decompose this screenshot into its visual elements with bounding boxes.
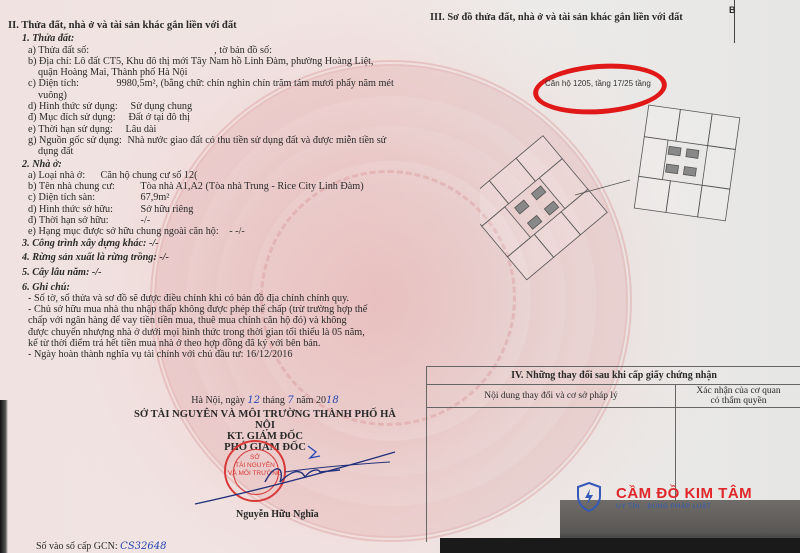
floor-area-row: c) Diện tích sàn: 67,9m² xyxy=(28,192,408,203)
area-row: c) Diện tích: 9980,5m², (bằng chữ: chín … xyxy=(28,78,408,89)
parcel-row: a) Thửa đất số: , tờ bản đồ số: xyxy=(28,45,408,56)
house-type-label: a) Loại nhà ở: xyxy=(28,170,98,181)
house-type-row: a) Loại nhà ở: Căn hộ chung cư số 12( xyxy=(28,170,408,181)
registry-number: Số vào sổ cấp GCN: CS32648 xyxy=(36,541,167,552)
common-value: - -/- xyxy=(229,226,245,237)
common-label: e) Hạng mục được sở hữu chung ngoài căn … xyxy=(28,226,219,237)
col-confirmation-line1: Xác nhận của cơ quan xyxy=(676,386,800,396)
own-term-label: đ) Thời hạn sở hữu: xyxy=(28,215,138,226)
ownership-value: Sở hữu riêng xyxy=(141,204,194,215)
use-form-row: d) Hình thức sử dụng: Sử dụng chung xyxy=(28,101,408,112)
forest: 4. Rừng sản xuất là rừng trồng: -/- xyxy=(22,252,408,263)
term-row: e) Thời hạn sử dụng: Lâu dài xyxy=(28,124,408,135)
north-label: B xyxy=(729,5,736,15)
date-month: 7 xyxy=(287,395,293,406)
land-heading: 1. Thửa đất: xyxy=(22,33,408,44)
other-construction: 3. Công trình xây dựng khác: -/- xyxy=(22,238,408,249)
month-prefix: tháng xyxy=(263,395,285,406)
address-label: b) Địa chỉ: xyxy=(28,56,72,67)
building-row: b) Tên nhà chung cư: Tòa nhà A1,A2 (Tòa … xyxy=(28,181,408,192)
address-value: Lô đất CT5, Khu đô thị mới Tây Nam hồ Li… xyxy=(74,56,373,67)
note-item: - Chủ sở hữu mua nhà thu nhập thấp không… xyxy=(28,304,368,349)
own-term-value: -/- xyxy=(141,215,151,226)
area-cont: vuông) xyxy=(38,90,408,101)
own-term-row: đ) Thời hạn sở hữu: -/- xyxy=(28,215,408,226)
issue-date: Hà Nội, ngày 12 tháng 7 năm 2018 xyxy=(130,395,400,406)
map-label: , tờ bản đồ số: xyxy=(214,45,272,56)
watermark-logo: CẦM ĐỒ KIM TÂM UY TÍN - ĐÚNG PHÁP LUẬT xyxy=(576,482,752,512)
term-label: e) Thời hạn sử dụng: xyxy=(28,124,123,135)
house-type-value: Căn hộ chung cư số 12( xyxy=(101,170,198,181)
unit-label: Căn hộ 1205, tầng 17/25 tầng xyxy=(545,79,651,88)
shield-bolt-icon xyxy=(576,482,602,512)
kt-director: KT. GIÁM ĐỐC xyxy=(130,431,400,442)
note-item: - Ngày hoàn thành nghĩa vụ tài chính với… xyxy=(28,349,368,360)
section-4-title: IV. Những thay đổi sau khi cấp giấy chứn… xyxy=(427,367,800,385)
use-form-value: Sử dụng chung xyxy=(131,101,193,112)
signer-name: Nguyễn Hữu Nghĩa xyxy=(236,509,319,520)
area-value: 9980,5m², (bằng chữ: chín nghìn chín tră… xyxy=(117,78,394,89)
purpose-value: Đất ở tại đô thị xyxy=(129,112,190,123)
purpose-label: đ) Mục đích sử dụng: xyxy=(28,112,126,123)
photo-bottom-edge xyxy=(440,538,800,553)
origin-row: g) Nguồn gốc sử dụng: Nhà nước giao đất … xyxy=(28,135,408,146)
use-form-label: d) Hình thức sử dụng: xyxy=(28,101,128,112)
registry-value: CS32648 xyxy=(120,541,166,552)
date-year: 18 xyxy=(326,395,339,406)
note-item: - Số tờ, số thửa và sơ đồ sẽ được điều c… xyxy=(28,293,368,304)
origin-cont: dụng đất xyxy=(38,146,408,157)
section-2: II. Thửa đất, nhà ở và tài sản khác gắn … xyxy=(8,20,408,361)
address-cont: quận Hoàng Mai, Thành phố Hà Nội xyxy=(38,67,408,78)
registry-label: Số vào sổ cấp GCN: xyxy=(36,541,118,552)
common-row: e) Hạng mục được sở hữu chung ngoài căn … xyxy=(28,226,408,237)
area-label: c) Diện tích: xyxy=(28,78,114,89)
floor-area-label: c) Diện tích sàn: xyxy=(28,192,138,203)
notes-heading: 6. Ghi chú: xyxy=(22,282,408,293)
watermark-brand: CẦM ĐỒ KIM TÂM xyxy=(616,485,752,502)
floor-plan-diagram xyxy=(480,100,800,300)
section-2-title: II. Thửa đất, nhà ở và tài sản khác gắn … xyxy=(8,20,408,31)
floor-area-value: 67,9m² xyxy=(141,192,170,203)
perennial: 5. Cây lâu năm: -/- xyxy=(22,267,408,278)
building-value: Tòa nhà A1,A2 (Tòa nhà Trung - Rice City… xyxy=(140,181,363,192)
handwritten-signature xyxy=(190,442,400,512)
certificate-page: II. Thửa đất, nhà ở và tài sản khác gắn … xyxy=(0,0,800,553)
address-row: b) Địa chỉ: Lô đất CT5, Khu đô thị mới T… xyxy=(28,56,408,67)
term-value: Lâu dài xyxy=(126,124,157,135)
origin-value: Nhà nước giao đất có thu tiền sử dụng đấ… xyxy=(128,135,387,146)
north-arrow: B xyxy=(728,0,748,45)
purpose-row: đ) Mục đích sử dụng: Đất ở tại đô thị xyxy=(28,112,408,123)
photo-left-edge xyxy=(0,400,8,553)
col-confirmation-line2: có thẩm quyền xyxy=(676,396,800,406)
ownership-label: d) Hình thức sở hữu: xyxy=(28,204,138,215)
building-label: b) Tên nhà chung cư: xyxy=(28,181,138,192)
parcel-label: a) Thửa đất số: xyxy=(28,45,89,56)
watermark-slogan: UY TÍN - ĐÚNG PHÁP LUẬT xyxy=(616,503,752,510)
date-prefix: Hà Nội, ngày xyxy=(191,395,245,406)
house-heading: 2. Nhà ở: xyxy=(22,159,408,170)
date-day: 12 xyxy=(247,395,260,406)
changes-table-header: Nội dung thay đổi và cơ sở pháp lý Xác n… xyxy=(427,385,800,408)
year-prefix: năm 20 xyxy=(296,395,326,406)
col-confirmation: Xác nhận của cơ quan có thẩm quyền xyxy=(676,385,800,407)
issuing-org: SỞ TÀI NGUYÊN VÀ MÔI TRƯỜNG THÀNH PHỐ HÀ… xyxy=(130,409,400,431)
ownership-row: d) Hình thức sở hữu: Sở hữu riêng xyxy=(28,204,408,215)
col-change-content: Nội dung thay đổi và cơ sở pháp lý xyxy=(427,385,676,407)
origin-label: g) Nguồn gốc sử dụng: xyxy=(28,135,125,146)
section-3-title: III. Sơ đồ thửa đất, nhà ở và tài sản kh… xyxy=(430,12,683,23)
